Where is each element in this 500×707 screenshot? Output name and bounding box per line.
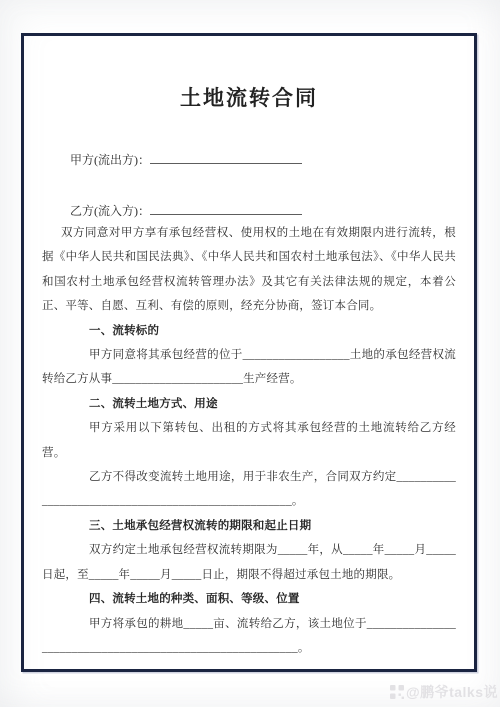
section-4-body: 甲方将承包的耕地_____亩、流转给乙方，该土地位于______________… [42,612,456,661]
section-1-heading: 一、流转标的 [42,319,456,343]
watermark-text: @鹏爷talks说 [406,682,498,702]
party-b-label: 乙方(流入方)： [70,204,150,218]
section-3-body: 双方约定土地承包经营权流转期限为_____年，从_____年_____月____… [42,538,456,587]
party-a-row: 甲方(流出方)： [42,151,456,169]
section-4-heading: 四、流转土地的种类、面积、等级、位置 [42,587,456,611]
section-3-heading: 三、土地承包经营权流转的期限和起止日期 [42,514,456,538]
section-2-body-2: 乙方不得改变流转土地用途，用于非农生产，合同双方约定______________… [42,465,456,514]
section-2-heading: 二、流转土地方式、用途 [42,392,456,416]
watermark: @鹏爷talks说 [390,682,498,702]
contract-document-page: 土地流转合同 甲方(流出方)： 乙方(流入方)： 双方同意对甲方享有承包经营权、… [0,0,500,707]
party-a-label: 甲方(流出方)： [70,153,150,167]
preamble-paragraph: 双方同意对甲方享有承包经营权、使用权的土地在有效期限内进行流转，根据《中华人民共… [42,221,456,319]
party-b-blank [150,202,302,215]
contract-body: 双方同意对甲方享有承包经营权、使用权的土地在有效期限内进行流转，根据《中华人民共… [42,221,456,660]
section-1-body: 甲方同意将其承包经营的位于__________________土地的承包经营权流… [42,343,456,392]
qr-code-icon [390,685,404,699]
contract-title: 土地流转合同 [42,83,456,113]
party-a-blank [150,151,302,164]
party-b-row: 乙方(流入方)： [42,202,456,220]
contract-content: 土地流转合同 甲方(流出方)： 乙方(流入方)： 双方同意对甲方享有承包经营权、… [21,33,477,672]
section-2-body: 甲方采用以下第转包、出租的方式将其承包经营的土地流转给乙方经营。 [42,416,456,465]
